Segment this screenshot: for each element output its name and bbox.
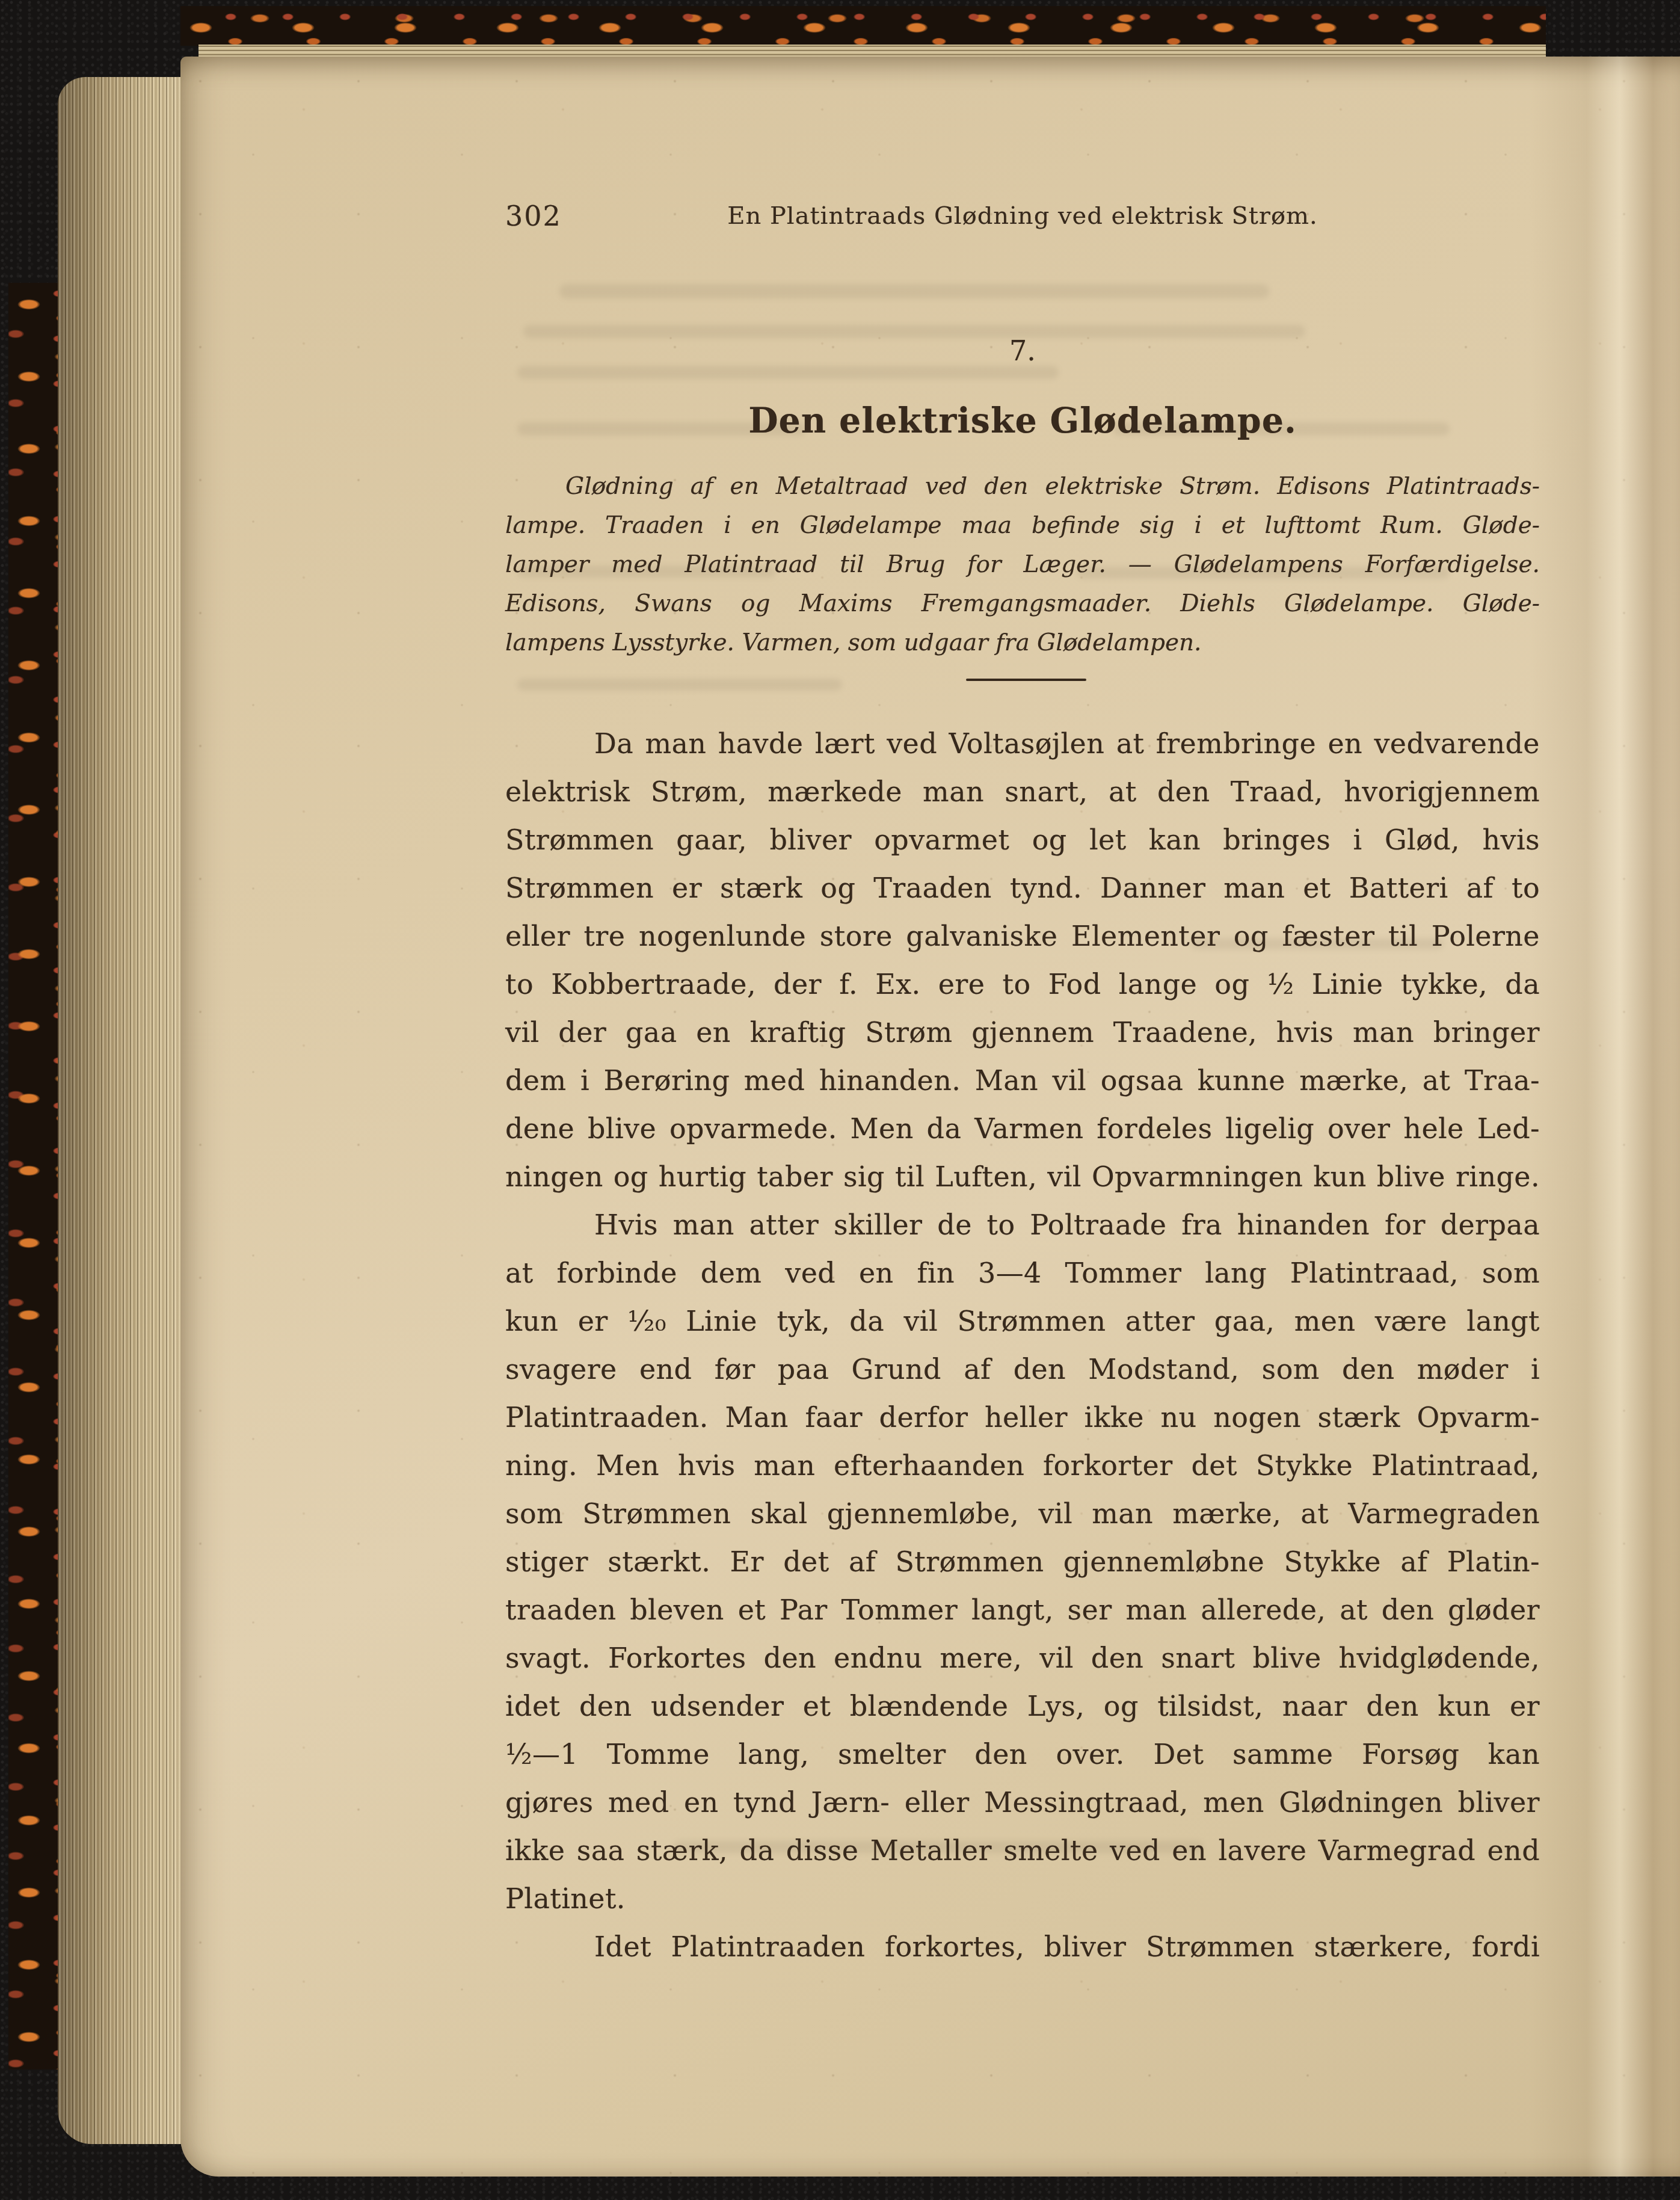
text-line: Platintraaden. Man faar derfor heller ik… [505,1393,1540,1441]
text-line: kun er ¹⁄₂₀ Linie tyk, da vil Strømmen a… [505,1297,1540,1345]
page-edges-stack-left [58,77,188,2144]
text-line: to Kobbertraade, der f. Ex. ere to Fod l… [505,960,1540,1008]
text-line: ikke saa stærk, da disse Metaller smelte… [505,1826,1540,1875]
text-line: vil der gaa en kraftig Strøm gjennem Tra… [505,1008,1540,1056]
text-line: Hvis man atter skiller de to Poltraade f… [505,1201,1540,1249]
section-number: 7. [505,334,1540,367]
text-line: eller tre nogenlunde store galvaniske El… [505,912,1540,960]
text-line: traaden bleven et Par Tommer langt, ser … [505,1586,1540,1634]
text-line: stiger stærkt. Er det af Strømmen gjenne… [505,1538,1540,1586]
chapter-summary: Glødning af en Metaltraad ved den elektr… [505,467,1540,662]
section-title: Den elektriske Glødelampe. [505,401,1540,441]
text-line: ningen og hurtig taber sig til Luften, v… [505,1153,1540,1201]
text-line: idet den udsender et blændende Lys, og t… [505,1682,1540,1730]
text-line: at forbinde dem ved en fin 3—4 Tommer la… [505,1249,1540,1297]
text-line: Strømmen er stærk og Traaden tynd. Danne… [505,864,1540,912]
summary-line: Edisons, Swans og Maxims Fremgangsmaader… [505,584,1540,623]
bleedthrough-mark [517,366,1059,379]
text-line: gjøres med en tynd Jærn- eller Messingtr… [505,1778,1540,1826]
text-line: ning. Men hvis man efterhaanden forkorte… [505,1441,1540,1490]
marbled-cover-edge-top [180,6,1546,46]
text-line: som Strømmen skal gjennemløbe, vil man m… [505,1490,1540,1538]
bleedthrough-mark [517,679,842,691]
summary-line: Glødning af en Metaltraad ved den elektr… [505,467,1540,506]
book-photo: 302 En Platintraads Glødning ved elektri… [0,0,1680,2200]
running-header: En Platintraads Glødning ved elektrisk S… [505,199,1540,230]
running-head-row: 302 En Platintraads Glødning ved elektri… [505,199,1540,235]
summary-line: lampe. Traaden i en Glødelampe maa befin… [505,506,1540,545]
text-line: ½—1 Tomme lang, smelter den over. Det sa… [505,1730,1540,1778]
page-number: 302 [505,200,562,232]
body-text: Da man havde lært ved Voltasøjlen at fre… [505,719,1540,1971]
marbled-cover-edge-left [8,283,63,2069]
summary-line: lamper med Platintraad til Brug for Læge… [505,545,1540,584]
bleedthrough-mark [559,284,1269,298]
text-line: Strømmen gaar, bliver opvarmet og let ka… [505,816,1540,864]
text-line: dem i Berøring med hinanden. Man vil ogs… [505,1056,1540,1105]
text-line: svagere end før paa Grund af den Modstan… [505,1345,1540,1393]
text-line: Platinet. [505,1875,1540,1923]
text-line: Idet Platintraaden forkortes, bliver Str… [505,1923,1540,1971]
text-line: dene blive opvarmede. Men da Varmen ford… [505,1105,1540,1153]
text-line: svagt. Forkortes den endnu mere, vil den… [505,1634,1540,1682]
text-line: Da man havde lært ved Voltasøjlen at fre… [505,719,1540,768]
text-line: elektrisk Strøm, mærkede man snart, at d… [505,768,1540,816]
separator-rule [966,679,1086,681]
summary-line: lampens Lysstyrke. Varmen, som udgaar fr… [505,623,1540,662]
